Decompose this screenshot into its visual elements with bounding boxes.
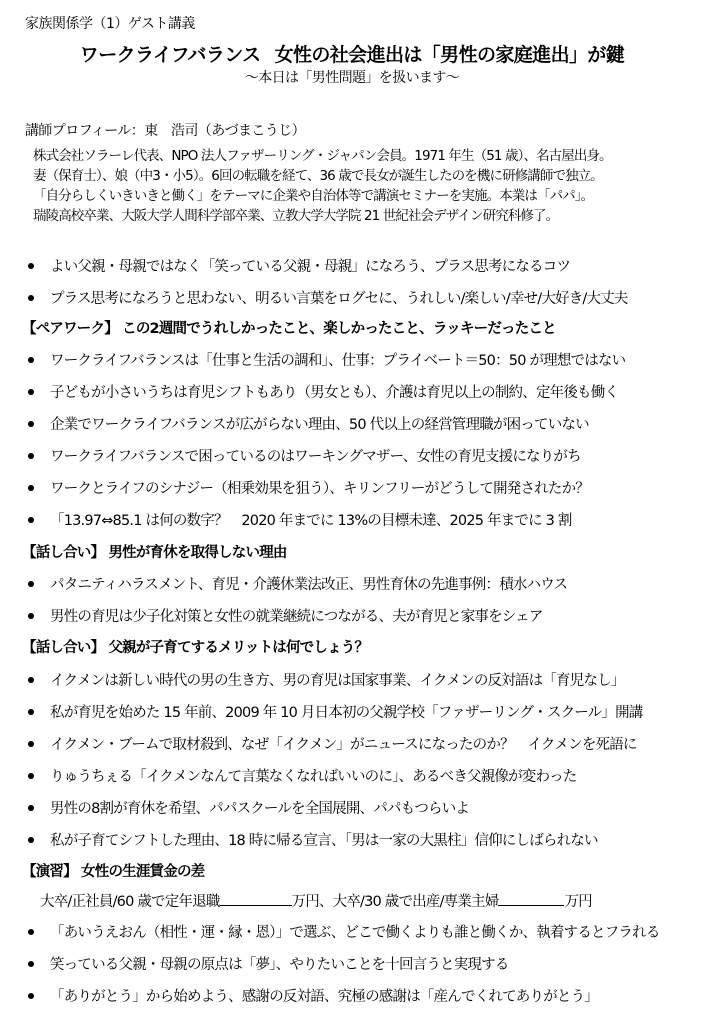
bullet-item: イクメンは新しい時代の男の生き方、男の育児は国家事業、イクメンの反対語は「育児な… xyxy=(22,669,625,690)
bullet-text: 私が育児を始めた 15 年前、2009 年 10 月日本初の父親学校「ファザーリ… xyxy=(50,701,642,722)
title-part-1: ワークライフバランス xyxy=(80,44,261,66)
lecture-title: ワークライフバランス女性の社会進出は「男性の家庭進出」が鍵 xyxy=(0,40,704,67)
section-heading-exercise: 【演習】 女性の生涯賃金の差 xyxy=(22,860,204,881)
bullet-item: ワークライフバランスで困っているのはワーキングマザー、女性の育児支援になりがち xyxy=(22,445,581,466)
bullet-item: 男性の8割が育休を希望、パパスクールを全国展開、パパもつらいよ xyxy=(22,797,469,818)
bullet-icon xyxy=(28,357,34,363)
bullet-item: 企業でワークライフバランスが広がらない理由、50 代以上の経営管理職が困っていな… xyxy=(22,413,589,434)
bullet-icon xyxy=(28,613,34,619)
bullet-item: パタニティハラスメント、育児・介護休業法改正、男性育休の先進事例：積水ハウス xyxy=(22,573,567,594)
bullet-item: ワークライフバランスは「仕事と生活の調和」、仕事：プライベート＝50：50 が理… xyxy=(22,349,625,370)
bullet-item: りゅうちぇる「イクメンなんて言葉なくなればいいのに」、あるべき父親像が変わった xyxy=(22,765,576,786)
bullet-item: イクメン・ブームで取材殺到、なぜ「イクメン」がニュースになったのか？ イクメンを… xyxy=(22,733,637,754)
bullet-icon xyxy=(28,961,34,967)
bullet-text: 「あいうえおん（相性・運・縁・恩）」で選ぶ、どこで働くよりも誰と働くか、執着する… xyxy=(50,921,660,942)
bullet-icon xyxy=(28,805,34,811)
bullet-text: ワークとライフのシナジー（相乗効果を狙う）、キリンフリーがどうして開発されたか？ xyxy=(50,477,589,498)
bullet-item: 私が子育てシフトした理由、18 時に帰る宣言、「男は一家の大黒柱」信仰にしばられ… xyxy=(22,829,598,850)
bullet-item: よい父親・母親ではなく「笑っている父親・母親」になろう、プラス思考になるコツ xyxy=(22,255,570,276)
bullet-text: イクメンは新しい時代の男の生き方、男の育児は国家事業、イクメンの反対語は「育児な… xyxy=(50,669,625,690)
bullet-item: ワークとライフのシナジー（相乗効果を狙う）、キリンフリーがどうして開発されたか？ xyxy=(22,477,589,498)
exercise-text: 万円 xyxy=(564,894,591,910)
bullet-item: 「13.97⇔85.1 は何の数字？ 2020 年までに 13%の目標未達、20… xyxy=(22,509,572,530)
bullet-icon xyxy=(28,581,34,587)
bullet-icon xyxy=(28,485,34,491)
section-heading-discussion-leave: 【話し合い】 男性が育休を取得しない理由 xyxy=(22,541,287,562)
bullet-item: 「あいうえおん（相性・運・縁・恩）」で選ぶ、どこで働くよりも誰と働くか、執着する… xyxy=(22,921,660,942)
profile-heading: 講師プロフィール：東 浩司（あづまこうじ） xyxy=(25,120,305,140)
bullet-icon xyxy=(28,993,34,999)
answer-blank-2[interactable] xyxy=(498,891,564,906)
bullet-text: 私が子育てシフトした理由、18 時に帰る宣言、「男は一家の大黒柱」信仰にしばられ… xyxy=(50,829,598,850)
bullet-text: 男性の育児は少子化対策と女性の就業継続につながる、夫が育児と家事をシェア xyxy=(50,605,543,626)
bullet-text: パタニティハラスメント、育児・介護休業法改正、男性育休の先進事例：積水ハウス xyxy=(50,573,567,594)
section-heading-pair-work: 【ペアワーク】 この2週間でうれしかったこと、楽しかったこと、ラッキーだったこと xyxy=(22,317,556,338)
profile-line: 妻（保育士）、娘（中3・小5）。6回の転職を経て、36 歳で長女が誕生したのを機… xyxy=(33,164,603,184)
bullet-item: 子どもが小さいうちは育児シフトもあり（男女とも）、介護は育児以上の制約、定年後も… xyxy=(22,381,618,402)
answer-blank-1[interactable] xyxy=(220,891,292,906)
bullet-text: ワークライフバランスで困っているのはワーキングマザー、女性の育児支援になりがち xyxy=(50,445,581,466)
bullet-text: よい父親・母親ではなく「笑っている父親・母親」になろう、プラス思考になるコツ xyxy=(50,255,570,276)
exercise-text: 大卒/正社員/60 歳で定年退職 xyxy=(40,894,220,910)
bullet-icon xyxy=(28,517,34,523)
profile-line: 瑞陵高校卒業、大阪大学人間科学部卒業、立教大学大学院 21 世紀社会デザイン研究… xyxy=(33,204,558,224)
bullet-icon xyxy=(28,295,34,301)
bullet-text: 笑っている父親・母親の原点は「夢」、やりたいことを十回言うと実現する xyxy=(50,953,509,974)
bullet-icon xyxy=(28,741,34,747)
bullet-text: プラス思考になろうと思わない、明るい言葉をログセに、うれしい/楽しい/幸せ/大好… xyxy=(50,287,628,308)
bullet-text: りゅうちぇる「イクメンなんて言葉なくなればいいのに」、あるべき父親像が変わった xyxy=(50,765,576,786)
exercise-text: 万円、大卒/30 歳で出産/専業主婦 xyxy=(292,894,499,910)
bullet-icon xyxy=(28,929,34,935)
bullet-text: 男性の8割が育休を希望、パパスクールを全国展開、パパもつらいよ xyxy=(50,797,469,818)
bullet-item: 男性の育児は少子化対策と女性の就業継続につながる、夫が育児と家事をシェア xyxy=(22,605,543,626)
bullet-icon xyxy=(28,421,34,427)
bullet-icon xyxy=(28,453,34,459)
bullet-text: 「13.97⇔85.1 は何の数字？ 2020 年までに 13%の目標未達、20… xyxy=(50,509,572,530)
profile-line: 株式会社ソラーレ代表、NPO 法人ファザーリング・ジャパン会員。1971 年生（… xyxy=(33,144,612,164)
profile-line: 「自分らしくいきいきと働く」をテーマに企業や自治体等で講演セミナーを実施。本業は… xyxy=(33,184,593,204)
bullet-icon xyxy=(28,837,34,843)
bullet-text: 「ありがとう」から始めよう、感謝の反対語、究極の感謝は「産んでくれてありがとう」 xyxy=(50,985,598,1006)
section-heading-discussion-merits: 【話し合い】 父親が子育てするメリットは何でしょう？ xyxy=(22,636,368,657)
bullet-icon xyxy=(28,389,34,395)
bullet-item: 私が育児を始めた 15 年前、2009 年 10 月日本初の父親学校「ファザーリ… xyxy=(22,701,642,722)
title-part-2: 女性の社会進出は「男性の家庭進出」が鍵 xyxy=(275,44,625,66)
course-label: 家族関係学（1）ゲスト講義 xyxy=(25,13,195,33)
bullet-text: イクメン・ブームで取材殺到、なぜ「イクメン」がニュースになったのか？ イクメンを… xyxy=(50,733,637,754)
bullet-icon xyxy=(28,677,34,683)
bullet-item: 笑っている父親・母親の原点は「夢」、やりたいことを十回言うと実現する xyxy=(22,953,509,974)
bullet-item: 「ありがとう」から始めよう、感謝の反対語、究極の感謝は「産んでくれてありがとう」 xyxy=(22,985,598,1006)
bullet-text: ワークライフバランスは「仕事と生活の調和」、仕事：プライベート＝50：50 が理… xyxy=(50,349,625,370)
bullet-text: 企業でワークライフバランスが広がらない理由、50 代以上の経営管理職が困っていな… xyxy=(50,413,589,434)
bullet-text: 子どもが小さいうちは育児シフトもあり（男女とも）、介護は育児以上の制約、定年後も… xyxy=(50,381,618,402)
exercise-line: 大卒/正社員/60 歳で定年退職万円、大卒/30 歳で出産/専業主婦万円 xyxy=(40,890,592,911)
bullet-icon xyxy=(28,709,34,715)
lecture-subtitle: ～本日は「男性問題」を扱います～ xyxy=(0,67,704,87)
bullet-icon xyxy=(28,263,34,269)
bullet-icon xyxy=(28,773,34,779)
bullet-item: プラス思考になろうと思わない、明るい言葉をログセに、うれしい/楽しい/幸せ/大好… xyxy=(22,287,628,308)
